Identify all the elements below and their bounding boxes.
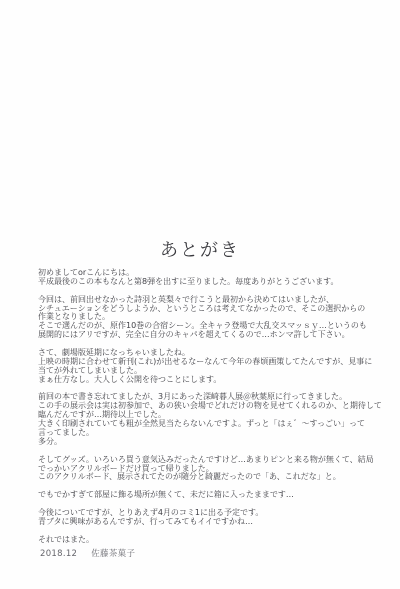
publication-date: 2018.12 [40,549,77,559]
text-line: まぁ仕方なし。大人しく公開を待つことにします。 [38,376,390,385]
text-line: 青ブタに興味があるんですが、行ってみてもイイですかね… [38,518,390,527]
afterword-body: 初めましてorこんにちは。平成最後のこの本もなんと第8弾を出すに至りました。毎度… [38,269,390,554]
text-line: 平成最後のこの本もなんと第8弾を出すに至りました。毎度ありがとうございます。 [38,278,390,287]
text-line: それではまた。 [38,536,390,545]
paragraph: 初めましてorこんにちは。平成最後のこの本もなんと第8弾を出すに至りました。毎度… [38,269,390,287]
text-line: 多分。 [38,438,390,447]
afterword-page: あとがき 初めましてorこんにちは。平成最後のこの本もなんと第8弾を出すに至りま… [0,0,400,589]
text-line: 言ってました。 [38,429,390,438]
paragraph: でもでかすぎて部屋に飾る場所が無くて、未だに箱に入ったままです… [38,491,390,500]
paragraph: 今後についてですが、とりあえず4月のコミ1に出る予定です。青ブタに興味があるんで… [38,509,390,527]
paragraph: そしてグッズ。いろいろ買う意気込みだったんですけど…あまりピンと来る物が無くて、… [38,456,390,483]
signature-line: 2018.12佐藤茶菓子 [40,547,135,559]
paragraph: 今回は、前回出せなかった詩羽と英梨々で行こうと最初から決めてはいましたが、シチュ… [38,296,390,340]
text-line: でもでかすぎて部屋に飾る場所が無くて、未だに箱に入ったままです… [38,491,390,500]
page-title: あとがき [0,236,400,262]
text-line: このアクリルボード、展示されてたのが随分と綺麗だったので「あ、これだな」と。 [38,473,390,482]
paragraph: 前回の本で書き忘れてましたが、3月にあった深崎暮人展＠秋葉原に行ってきました。こ… [38,393,390,446]
paragraph: それではまた。 [38,536,390,545]
author-name: 佐藤茶菓子 [91,549,135,559]
text-line: 展開的にはアリですが、完全に自分のキャパを超えてくるので…ホンマ許して下さい。 [38,331,390,340]
paragraph: さて、劇場版延期になっちゃいましたね。上映の時期に合わせて新刊(これ)が出せるな… [38,349,390,385]
